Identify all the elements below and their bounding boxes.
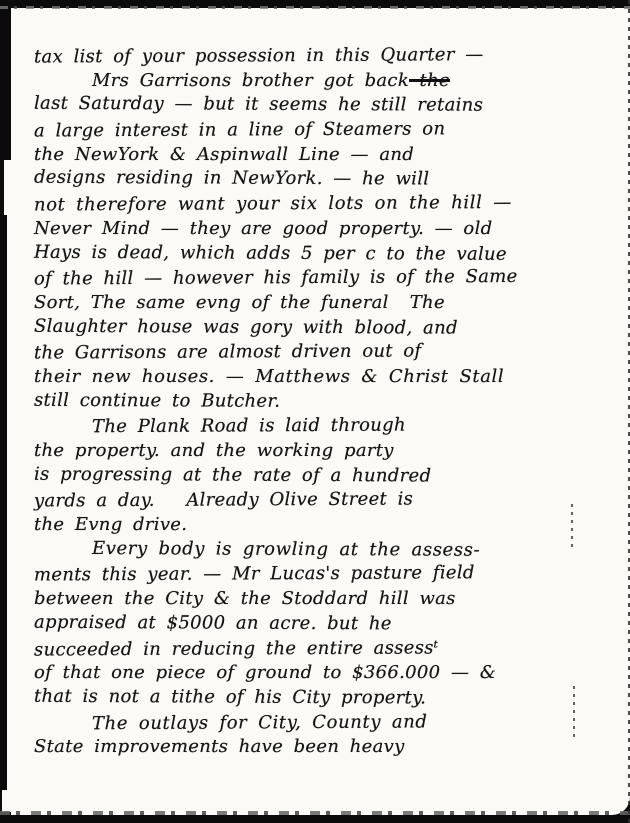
handwritten-text: is progressing at the rate of a hundred: [34, 463, 431, 486]
handwritten-text: of the hill — however his family is of t…: [34, 266, 518, 290]
handwritten-line: designs residing in NewYork. — he will: [34, 166, 604, 193]
scan-edge-top-dashes: [0, 6, 630, 9]
scan-edge-bottom-dashes: [0, 811, 630, 815]
handwritten-text: that is not a tithe of his City property…: [34, 686, 426, 709]
scan-edge-left-notch: [4, 160, 12, 215]
handwritten-text: the Evng drive.: [34, 514, 187, 535]
handwritten-text: Every body is growling at the assess-: [92, 538, 480, 561]
handwritten-line: tax list of your possession in this Quar…: [34, 43, 604, 71]
handwritten-text: succeeded in reducing the entire assessᵗ: [34, 637, 439, 660]
handwritten-text: the NewYork & Aspinwall Line — and: [34, 144, 414, 165]
handwritten-line: that is not a tithe of his City property…: [34, 685, 604, 712]
handwritten-line: of that one piece of ground to $366.000 …: [34, 661, 604, 686]
handwritten-line: the NewYork & Aspinwall Line — and: [34, 143, 604, 168]
struck-out-word: the: [409, 70, 450, 91]
handwritten-text: The Plank Road is laid through: [92, 415, 406, 438]
handwritten-text: between the City & the Stoddard hill was: [34, 588, 456, 609]
handwritten-text: appraised at $5000 an acre. but he: [34, 612, 392, 635]
handwritten-text: ments this year. — Mr Lucas's pasture fi…: [34, 563, 475, 586]
handwritten-text: still continue to Butcher.: [34, 389, 280, 411]
handwritten-line: appraised at $5000 an acre. but he: [34, 611, 604, 638]
handwritten-line: succeeded in reducing the entire assessᵗ: [34, 635, 604, 663]
handwritten-text: Slaughter house was gory with blood, and: [34, 315, 458, 338]
handwritten-line: Every body is growling at the assess-: [34, 537, 604, 564]
handwritten-line: The outlays for City, County and: [34, 709, 604, 737]
handwritten-line: the Garrisons are almost driven out of: [34, 339, 604, 367]
handwritten-text: The outlays for City, County and: [92, 711, 428, 734]
scan-edge-left-step: [7, 215, 12, 793]
handwritten-line: ments this year. — Mr Lucas's pasture fi…: [34, 561, 604, 589]
handwritten-text: yards a day. Already Olive Street is: [34, 489, 413, 512]
handwritten-text: tax list of your possession in this Quar…: [34, 44, 484, 67]
handwritten-line: between the City & the Stoddard hill was: [34, 587, 604, 612]
handwritten-text: not therefore want your six lots on the …: [34, 192, 512, 216]
handwritten-line: their new houses. — Matthews & Christ St…: [34, 365, 604, 390]
handwritten-text: Hays is dead, which adds 5 per c to the …: [34, 241, 507, 264]
handwritten-line: Never Mind — they are good property. — o…: [34, 217, 604, 242]
scanned-letter-page: tax list of your possession in this Quar…: [0, 0, 630, 823]
handwritten-line: Mrs Garrisons brother got back the: [34, 69, 604, 94]
handwritten-text: State improvements have been heavy: [34, 736, 405, 757]
handwritten-text: a large interest in a line of Steamers o…: [34, 118, 445, 141]
handwritten-line: Hays is dead, which adds 5 per c to the …: [34, 240, 604, 267]
handwritten-text: Mrs Garrisons brother got back: [92, 70, 409, 91]
handwritten-line: of the hill — however his family is of t…: [34, 265, 604, 293]
handwritten-text: Never Mind — they are good property. — o…: [34, 218, 492, 239]
handwritten-line: the Evng drive.: [34, 513, 604, 538]
handwritten-text: the Garrisons are almost driven out of: [34, 341, 422, 364]
handwritten-line: the property. and the working party: [34, 439, 604, 464]
handwritten-line: a large interest in a line of Steamers o…: [34, 117, 604, 145]
handwritten-text: designs residing in NewYork. — he will: [34, 167, 429, 190]
handwritten-text: last Saturday — but it seems he still re…: [34, 93, 483, 116]
handwritten-text: the property. and the working party: [34, 440, 394, 461]
handwritten-line: last Saturday — but it seems he still re…: [34, 92, 604, 119]
scan-edge-left-gap: [2, 790, 12, 812]
handwritten-line: Slaughter house was gory with blood, and: [34, 314, 604, 341]
handwritten-line: is progressing at the rate of a hundred: [34, 462, 604, 489]
handwritten-text: their new houses. — Matthews & Christ St…: [34, 366, 504, 387]
handwritten-line: yards a day. Already Olive Street is: [34, 487, 604, 515]
handwriting-lines: tax list of your possession in this Quar…: [34, 44, 604, 760]
handwritten-line: The Plank Road is laid through: [34, 413, 604, 441]
handwritten-line: State improvements have been heavy: [34, 735, 604, 760]
handwritten-line: Sort, The same evng of the funeral The: [34, 291, 604, 316]
handwritten-line: not therefore want your six lots on the …: [34, 191, 604, 219]
handwritten-text: Sort, The same evng of the funeral The: [34, 292, 445, 313]
handwritten-line: still continue to Butcher.: [34, 388, 604, 415]
handwritten-text: of that one piece of ground to $366.000 …: [34, 662, 496, 683]
